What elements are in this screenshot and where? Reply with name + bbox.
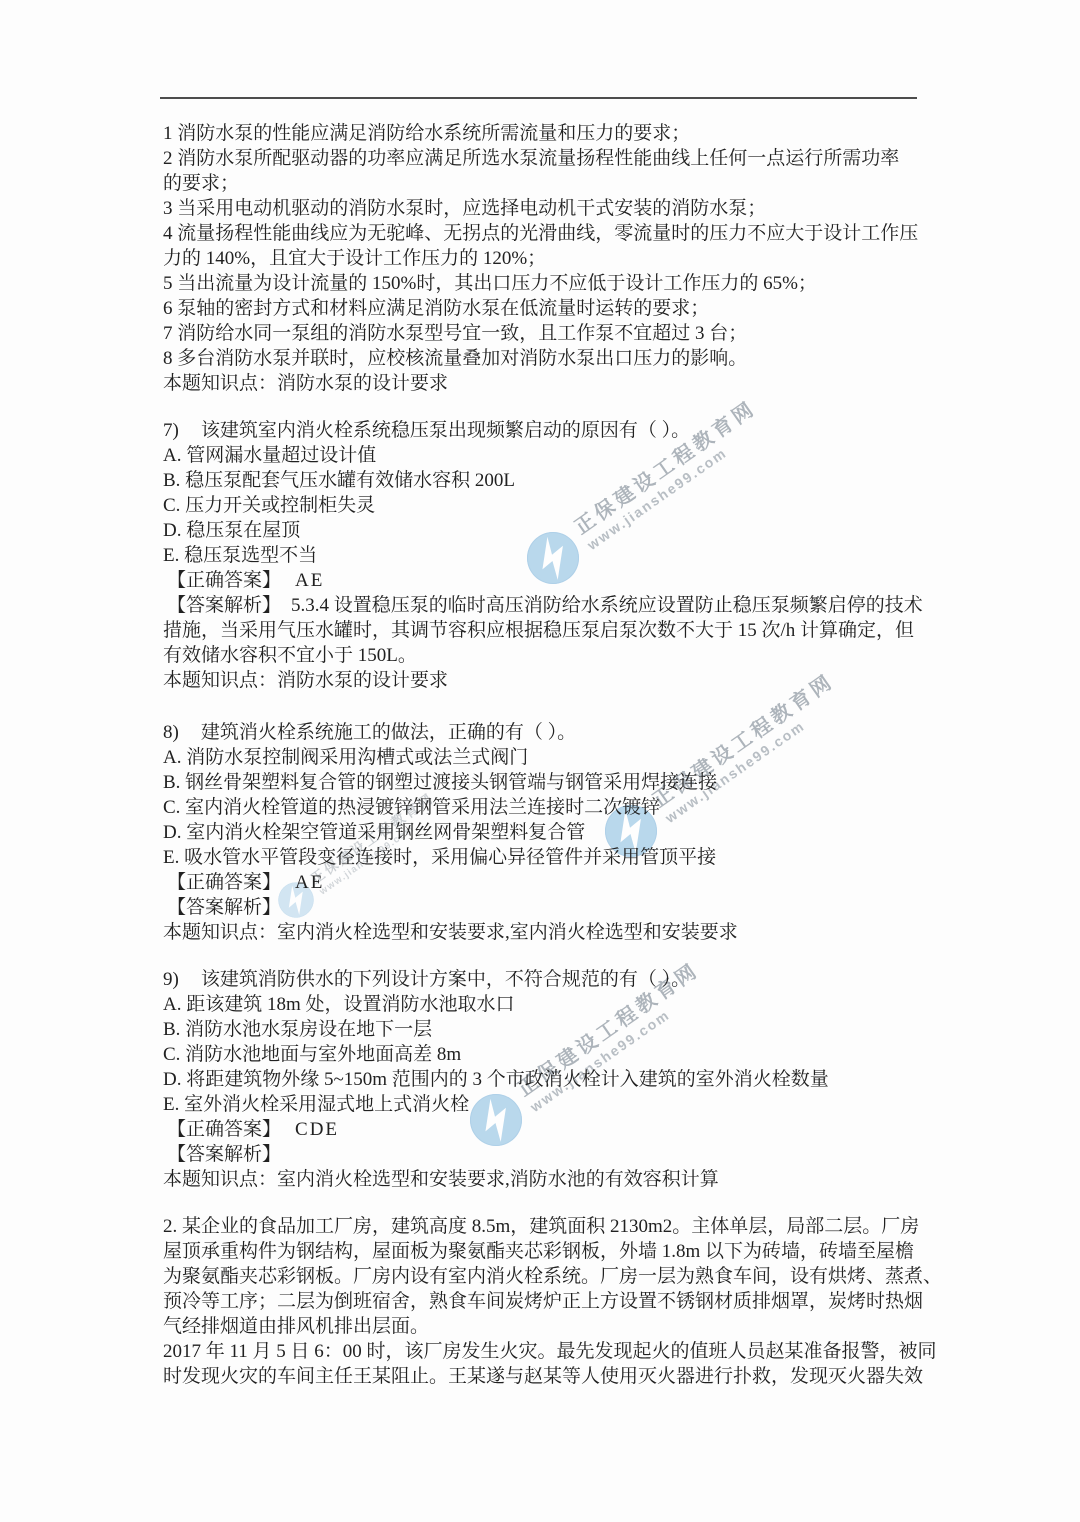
analysis-label: 【答案解析】 <box>167 595 281 616</box>
scanned-exam-page: 正保建设工程教育网 www.jianshe99.com 正保建设工程教育网 ww… <box>0 0 1080 1522</box>
option-b: B. 稳压泵配套气压水罐有效储水容积 200L <box>163 468 933 493</box>
question-7: 7)该建筑室内消火栓系统稳压泵出现频繁启动的原因有（ ）。 A. 管网漏水量超过… <box>163 418 933 693</box>
document-content: 1 消防水泵的性能应满足消防给水系统所需流量和压力的要求； 2 消防水泵所配驱动… <box>163 121 933 1389</box>
analysis-line: 【答案解析】5.3.4 设置稳压泵的临时高压消防给水系统应设置防止稳压泵频繁启停… <box>163 593 933 618</box>
question-stem-line: 8)建筑消火栓系统施工的做法，正确的有（ ）。 <box>163 720 933 745</box>
top-divider-rule <box>160 97 917 99</box>
analysis-text: 措施，当采用气压水罐时，其调节容积应根据稳压泵启泵次数不大于 15 次/h 计算… <box>163 618 933 643</box>
case-study-line: 气经排烟道由排风机排出层面。 <box>163 1314 933 1339</box>
option-e: E. 室外消火栓采用湿式地上式消火栓 <box>163 1092 933 1117</box>
case-study-line: 屋顶承重构件为钢结构，屋面板为聚氨酯夹芯彩钢板，外墙 1.8m 以下为砖墙，砖墙… <box>163 1239 933 1264</box>
option-d: D. 将距建筑物外缘 5~150m 范围内的 3 个市政消火栓计入建筑的室外消火… <box>163 1067 933 1092</box>
text-line: 1 消防水泵的性能应满足消防给水系统所需流量和压力的要求； <box>163 121 933 146</box>
question-9: 9)该建筑消防供水的下列设计方案中，不符合规范的有（ ）。 A. 距该建筑 18… <box>163 967 933 1192</box>
text-line: 2 消防水泵所配驱动器的功率应满足所选水泵流量扬程性能曲线上任何一点运行所需功率 <box>163 146 933 171</box>
case-study-line: 预冷等工序；二层为倒班宿舍，熟食车间炭烤炉正上方设置不锈钢材质排烟罩，炭烤时热烟 <box>163 1289 933 1314</box>
text-line: 3 当采用电动机驱动的消防水泵时，应选择电动机干式安装的消防水泵； <box>163 196 933 221</box>
question-stem: 该建筑室内消火栓系统稳压泵出现频繁启动的原因有（ ）。 <box>201 420 690 441</box>
analysis-line: 【答案解析】 <box>163 895 933 920</box>
analysis-text: 有效储水容积不宜小于 150L。 <box>163 643 933 668</box>
question-number: 7) <box>163 418 179 443</box>
knowledge-point: 本题知识点：室内消火栓选型和安装要求,室内消火栓选型和安装要求 <box>163 920 933 945</box>
answer-value: CDE <box>295 1119 339 1140</box>
case-study-line: 为聚氨酯夹芯彩钢板。厂房内设有室内消火栓系统。厂房一层为熟食车间，设有烘烤、蒸煮… <box>163 1264 933 1289</box>
option-c: C. 消防水池地面与室外地面高差 8m <box>163 1042 933 1067</box>
case-study-line: 时发现火灾的车间主任王某阻止。王某遂与赵某等人使用灭火器进行扑救，发现灭火器失效 <box>163 1364 933 1389</box>
answer-value: AE <box>295 570 324 591</box>
analysis-text: 5.3.4 设置稳压泵的临时高压消防给水系统应设置防止稳压泵频繁启停的技术 <box>291 595 923 616</box>
text-line: 5 当出流量为设计流量的 150%时，其出口压力不应低于设计工作压力的 65%； <box>163 271 933 296</box>
section-pump-design-notes: 1 消防水泵的性能应满足消防给水系统所需流量和压力的要求； 2 消防水泵所配驱动… <box>163 121 933 396</box>
question-number: 9) <box>163 967 179 992</box>
question-8: 8)建筑消火栓系统施工的做法，正确的有（ ）。 A. 消防水泵控制阀采用沟槽式或… <box>163 720 933 945</box>
option-e: E. 稳压泵选型不当 <box>163 543 933 568</box>
option-b: B. 消防水池水泵房设在地下一层 <box>163 1017 933 1042</box>
answer-line: 【正确答案】AE <box>163 568 933 593</box>
case-study-line: 2017 年 11 月 5 日 6：00 时，该厂房发生火灾。最先发现起火的值班… <box>163 1339 933 1364</box>
knowledge-point: 本题知识点：消防水泵的设计要求 <box>163 668 933 693</box>
answer-label: 【正确答案】 <box>167 872 281 893</box>
question-number: 8) <box>163 720 179 745</box>
answer-value: AE <box>295 872 324 893</box>
option-e: E. 吸水管水平管段变径连接时，采用偏心异径管件并采用管顶平接 <box>163 845 933 870</box>
knowledge-point: 本题知识点：室内消火栓选型和安装要求,消防水池的有效容积计算 <box>163 1167 933 1192</box>
option-d: D. 稳压泵在屋顶 <box>163 518 933 543</box>
option-c: C. 压力开关或控制柜失灵 <box>163 493 933 518</box>
analysis-label: 【答案解析】 <box>167 897 281 918</box>
knowledge-point: 本题知识点：消防水泵的设计要求 <box>163 371 933 396</box>
option-d: D. 室内消火栓架空管道采用钢丝网骨架塑料复合管 <box>163 820 933 845</box>
text-line: 力的 140%，且宜大于设计工作压力的 120%； <box>163 246 933 271</box>
question-stem: 该建筑消防供水的下列设计方案中，不符合规范的有（ ）。 <box>201 969 690 990</box>
option-b: B. 钢丝骨架塑料复合管的钢塑过渡接头钢管端与钢管采用焊接连接 <box>163 770 933 795</box>
text-line: 8 多台消防水泵并联时，应校核流量叠加对消防水泵出口压力的影响。 <box>163 346 933 371</box>
question-stem-line: 9)该建筑消防供水的下列设计方案中，不符合规范的有（ ）。 <box>163 967 933 992</box>
option-c: C. 室内消火栓管道的热浸镀锌钢管采用法兰连接时二次镀锌 <box>163 795 933 820</box>
answer-label: 【正确答案】 <box>167 570 281 591</box>
case-study: 2. 某企业的食品加工厂房，建筑高度 8.5m，建筑面积 2130m2。主体单层… <box>163 1214 933 1389</box>
answer-label: 【正确答案】 <box>167 1119 281 1140</box>
option-a: A. 距该建筑 18m 处，设置消防水池取水口 <box>163 992 933 1017</box>
option-a: A. 消防水泵控制阀采用沟槽式或法兰式阀门 <box>163 745 933 770</box>
text-line: 4 流量扬程性能曲线应为无驼峰、无拐点的光滑曲线，零流量时的压力不应大于设计工作… <box>163 221 933 246</box>
text-line: 6 泵轴的密封方式和材料应满足消防水泵在低流量时运转的要求； <box>163 296 933 321</box>
answer-line: 【正确答案】AE <box>163 870 933 895</box>
question-stem: 建筑消火栓系统施工的做法，正确的有（ ）。 <box>201 722 576 743</box>
answer-line: 【正确答案】CDE <box>163 1117 933 1142</box>
text-line: 的要求； <box>163 171 933 196</box>
analysis-label: 【答案解析】 <box>167 1144 281 1165</box>
case-study-line: 2. 某企业的食品加工厂房，建筑高度 8.5m，建筑面积 2130m2。主体单层… <box>163 1214 933 1239</box>
analysis-line: 【答案解析】 <box>163 1142 933 1167</box>
question-stem-line: 7)该建筑室内消火栓系统稳压泵出现频繁启动的原因有（ ）。 <box>163 418 933 443</box>
option-a: A. 管网漏水量超过设计值 <box>163 443 933 468</box>
text-line: 7 消防给水同一泵组的消防水泵型号宜一致，且工作泵不宜超过 3 台； <box>163 321 933 346</box>
